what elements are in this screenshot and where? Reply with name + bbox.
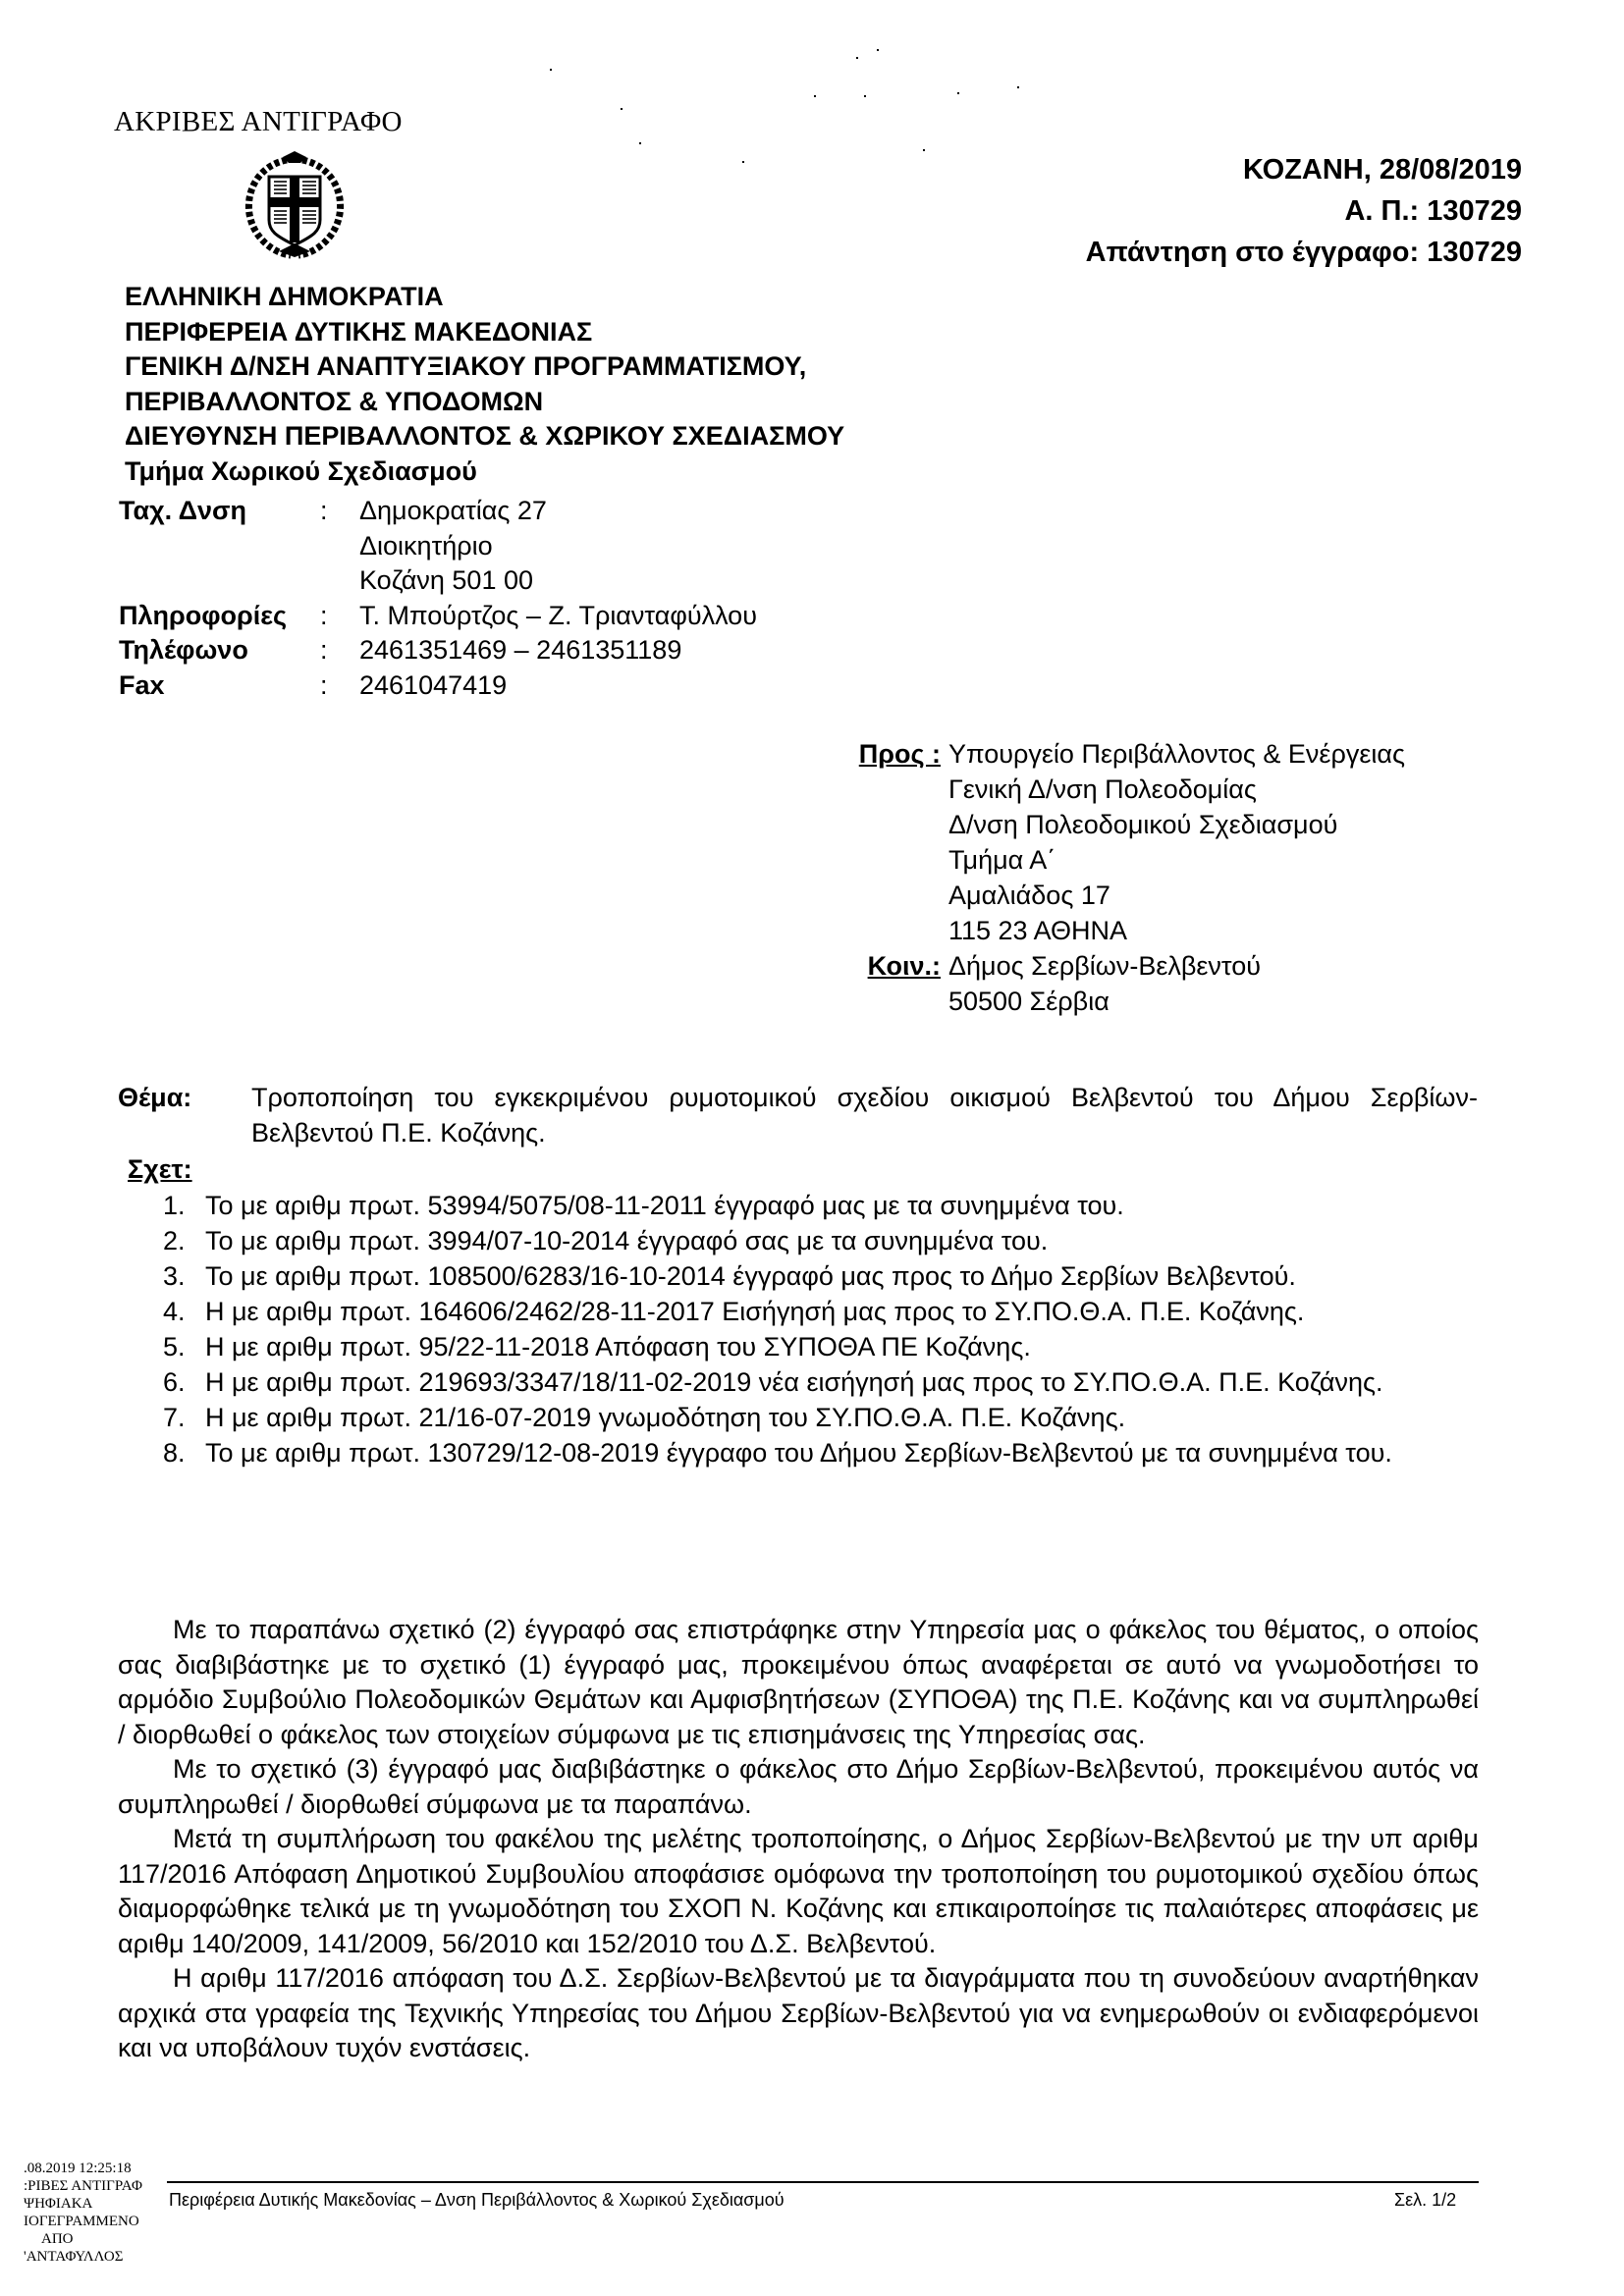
contact-block: Ταχ. Δνση : Δημοκρατίας 27 Διοικητήριο Κ…	[119, 494, 757, 703]
phone-row: Τηλέφωνο : 2461351469 – 2461351189	[119, 633, 757, 668]
place-date: ΚΟΖΑΝΗ, 28/08/2019	[1086, 149, 1522, 190]
address-row: Διοικητήριο	[119, 529, 757, 564]
address-label: Ταχ. Δνση	[119, 494, 320, 529]
signature-line: ΙΟΓΕΓΡΑΜΜΕΝΟ	[24, 2213, 142, 2230]
reference-text: Το με αριθμ πρωτ. 108500/6283/16-10-2014…	[205, 1258, 1479, 1294]
document-reference-block: ΚΟΖΑΝΗ, 28/08/2019 Α. Π.: 130729 Απάντησ…	[1086, 149, 1522, 273]
references-list: 1.Το με αριθμ πρωτ. 53994/5075/08-11-201…	[163, 1188, 1479, 1470]
address-line: Κοζάνη 501 00	[359, 563, 533, 599]
fax-value: 2461047419	[359, 668, 507, 704]
body-paragraph: Με το σχετικό (3) έγγραφό μας διαβιβάστη…	[118, 1752, 1479, 1822]
signature-line: ΑΠΟ	[24, 2230, 142, 2248]
issuer-line: Τμήμα Χωρικού Σχεδιασμού	[125, 454, 844, 490]
info-value: Τ. Μπούρτζος – Ζ. Τριανταφύλλου	[359, 599, 757, 634]
phone-value: 2461351469 – 2461351189	[359, 633, 681, 668]
subject-text: Τροποποίηση του εγκεκριμένου ρυμοτομικού…	[251, 1080, 1478, 1150]
digital-signature-stamp: .08.2019 12:25:18 :ΡΙΒΕΣ ΑΝΤΙΓΡΑΦ ΨΗΦΙΑΚ…	[24, 2160, 142, 2266]
separator: :	[320, 599, 359, 634]
reference-text: Το με αριθμ πρωτ. 3994/07-10-2014 έγγραφ…	[205, 1223, 1479, 1258]
reference-text: Το με αριθμ πρωτ. 130729/12-08-2019 έγγρ…	[205, 1435, 1479, 1470]
issuer-line: ΕΛΛΗΝΙΚΗ ΔΗΜΟΚΡΑΤΙΑ	[125, 280, 844, 315]
to-line: Δ/νση Πολεοδομικού Σχεδιασμού	[948, 807, 1337, 842]
reference-number: 5.	[163, 1329, 205, 1364]
signature-line: ΨΗΦΙΑΚΑ	[24, 2195, 142, 2213]
reply-to-reference: Απάντηση στο έγγραφο: 130729	[1086, 232, 1522, 273]
reference-number: 2.	[163, 1223, 205, 1258]
to-line: Τμήμα Α΄	[948, 842, 1056, 878]
reference-number: 8.	[163, 1435, 205, 1470]
cc-line: Δήμος Σερβίων-Βελβεντού	[948, 948, 1261, 984]
to-line: Αμαλιάδος 17	[948, 878, 1110, 913]
separator: :	[320, 668, 359, 704]
reference-item: 3.Το με αριθμ πρωτ. 108500/6283/16-10-20…	[163, 1258, 1479, 1294]
reference-text: Η με αριθμ πρωτ. 95/22-11-2018 Απόφαση τ…	[205, 1329, 1479, 1364]
cc-line: 50500 Σέρβια	[948, 984, 1110, 1019]
reference-text: Η με αριθμ πρωτ. 219693/3347/18/11-02-20…	[205, 1364, 1479, 1400]
body-paragraph: Η αριθμ 117/2016 απόφαση του Δ.Σ. Σερβίω…	[118, 1961, 1479, 2066]
page-number: Σελ. 1/2	[1394, 2190, 1456, 2211]
footer-divider	[167, 2181, 1479, 2183]
signature-line: 'ΑΝΤΑΦΥΛΛΟΣ	[24, 2248, 142, 2266]
reference-item: 8.Το με αριθμ πρωτ. 130729/12-08-2019 έγ…	[163, 1435, 1479, 1470]
signature-line: .08.2019 12:25:18	[24, 2160, 142, 2177]
recipients-block: Προς :Υπουργείο Περιβάλλοντος & Ενέργεια…	[835, 736, 1405, 1019]
issuer-line: ΓΕΝΙΚΗ Δ/ΝΣΗ ΑΝΑΠΤΥΞΙΑΚΟΥ ΠΡΟΓΡΑΜΜΑΤΙΣΜΟ…	[125, 349, 844, 385]
reference-number: 6.	[163, 1364, 205, 1400]
greek-coat-of-arms-icon	[240, 149, 350, 261]
reference-number: 3.	[163, 1258, 205, 1294]
reference-item: 1.Το με αριθμ πρωτ. 53994/5075/08-11-201…	[163, 1188, 1479, 1223]
subject-label: Θέμα:	[118, 1080, 251, 1150]
reference-text: Η με αριθμ πρωτ. 164606/2462/28-11-2017 …	[205, 1294, 1479, 1329]
body-paragraph: Μετά τη συμπλήρωση του φακέλου της μελέτ…	[118, 1822, 1479, 1961]
reference-item: 6.Η με αριθμ πρωτ. 219693/3347/18/11-02-…	[163, 1364, 1479, 1400]
letter-body: Με το παραπάνω σχετικό (2) έγγραφό σας ε…	[118, 1613, 1479, 2066]
reference-item: 7.Η με αριθμ πρωτ. 21/16-07-2019 γνωμοδό…	[163, 1400, 1479, 1435]
separator: :	[320, 633, 359, 668]
issuer-line: ΔΙΕΥΘΥΝΣΗ ΠΕΡΙΒΑΛΛΟΝΤΟΣ & ΧΩΡΙΚΟΥ ΣΧΕΔΙΑ…	[125, 419, 844, 454]
cc-label: Κοιν.:	[835, 948, 948, 984]
certified-copy-stamp: ΑΚΡΙΒΕΣ ΑΝΤΙΓΡΑΦΟ	[114, 106, 403, 138]
info-label: Πληροφορίες	[119, 599, 320, 634]
address-line: Διοικητήριο	[359, 529, 493, 564]
reference-text: Η με αριθμ πρωτ. 21/16-07-2019 γνωμοδότη…	[205, 1400, 1479, 1435]
reference-number: 7.	[163, 1400, 205, 1435]
to-label: Προς :	[835, 736, 948, 772]
protocol-number: Α. Π.: 130729	[1086, 190, 1522, 232]
issuer-line: ΠΕΡΙΦΕΡΕΙΑ ΔΥΤΙΚΗΣ ΜΑΚΕΔΟΝΙΑΣ	[125, 315, 844, 350]
reference-item: 4.Η με αριθμ πρωτ. 164606/2462/28-11-201…	[163, 1294, 1479, 1329]
reference-number: 1.	[163, 1188, 205, 1223]
subject-block: Θέμα: Τροποποίηση του εγκεκριμένου ρυμοτ…	[118, 1080, 1478, 1150]
separator: :	[320, 494, 359, 529]
fax-row: Fax : 2461047419	[119, 668, 757, 704]
phone-label: Τηλέφωνο	[119, 633, 320, 668]
footer-text: Περιφέρεια Δυτικής Μακεδονίας – Δνση Περ…	[169, 2190, 785, 2211]
references-label: Σχετ:	[128, 1154, 192, 1185]
reference-number: 4.	[163, 1294, 205, 1329]
reference-item: 2.Το με αριθμ πρωτ. 3994/07-10-2014 έγγρ…	[163, 1223, 1479, 1258]
info-row: Πληροφορίες : Τ. Μπούρτζος – Ζ. Τριανταφ…	[119, 599, 757, 634]
to-line: 115 23 ΑΘΗΝΑ	[948, 913, 1127, 948]
issuer-block: ΕΛΛΗΝΙΚΗ ΔΗΜΟΚΡΑΤΙΑ ΠΕΡΙΦΕΡΕΙΑ ΔΥΤΙΚΗΣ Μ…	[125, 280, 844, 489]
to-line: Γενική Δ/νση Πολεοδομίας	[948, 772, 1257, 807]
to-line: Υπουργείο Περιβάλλοντος & Ενέργειας	[948, 736, 1405, 772]
address-line: Δημοκρατίας 27	[359, 494, 547, 529]
address-row: Ταχ. Δνση : Δημοκρατίας 27	[119, 494, 757, 529]
address-row: Κοζάνη 501 00	[119, 563, 757, 599]
body-paragraph: Με το παραπάνω σχετικό (2) έγγραφό σας ε…	[118, 1613, 1479, 1752]
signature-line: :ΡΙΒΕΣ ΑΝΤΙΓΡΑΦ	[24, 2177, 142, 2195]
issuer-line: ΠΕΡΙΒΑΛΛΟΝΤΟΣ & ΥΠΟΔΟΜΩΝ	[125, 385, 844, 420]
reference-item: 5.Η με αριθμ πρωτ. 95/22-11-2018 Απόφαση…	[163, 1329, 1479, 1364]
fax-label: Fax	[119, 668, 320, 704]
reference-text: Το με αριθμ πρωτ. 53994/5075/08-11-2011 …	[205, 1188, 1479, 1223]
